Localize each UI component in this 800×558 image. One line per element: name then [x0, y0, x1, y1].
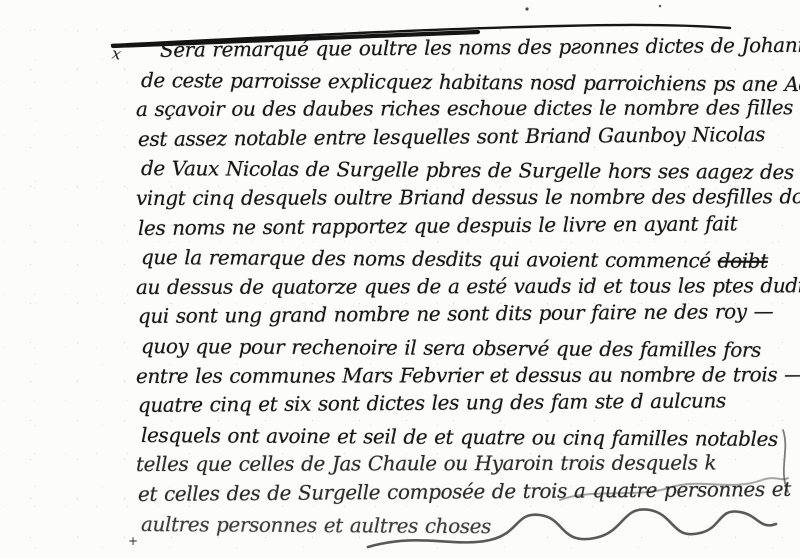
struck-word: doibt	[718, 249, 768, 273]
manuscript-line: aultres personnes et aultres choses	[141, 510, 800, 544]
manuscript-line: qui sont ung grand nombre ne sont dits p…	[138, 297, 800, 332]
scanned-manuscript-page: x + Sera remarqué que oultre les noms de…	[0, 0, 800, 558]
manuscript-line: les noms ne sont rapportez que despuis l…	[138, 208, 800, 243]
manuscript-line: quatre cinq et six sont dictes les ung d…	[138, 386, 800, 421]
corner-plus-mark: +	[128, 534, 138, 548]
margin-cross-mark: x	[111, 43, 123, 63]
ink-dot	[659, 5, 662, 8]
manuscript-line: Sera remarqué que oultre les noms des pƨ…	[138, 31, 800, 66]
manuscript-line: et celles des de Surgelle composée de tr…	[138, 475, 800, 510]
ink-dot	[525, 7, 528, 10]
manuscript-line: est assez notable entre lesquelles sont …	[138, 120, 800, 155]
handwritten-text-block: Sera remarqué que oultre les noms des pƨ…	[138, 36, 800, 539]
manuscript-line-text: que la remarque des noms desdits qui avo…	[141, 245, 711, 272]
